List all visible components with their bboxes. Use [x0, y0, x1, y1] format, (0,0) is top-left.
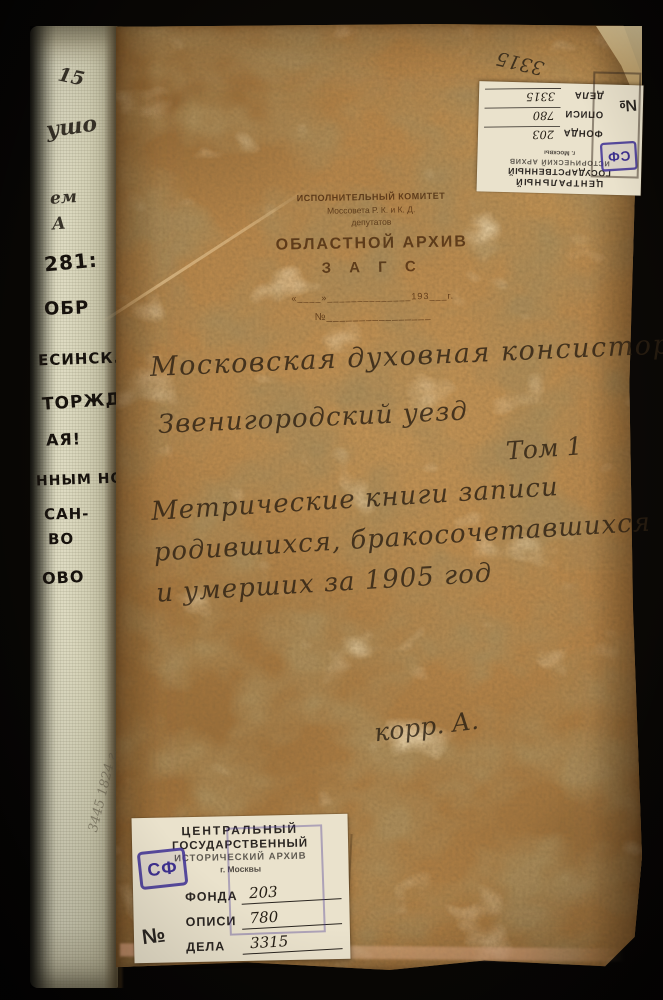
printed-archive-form: ИСПОЛНИТЕЛЬНЫЙ КОМИТЕТ Моссовета Р. К. и… [271, 190, 473, 323]
delo-label: ДЕЛА [186, 939, 238, 954]
delo-row: ДЕЛА 3315 [485, 87, 604, 105]
spine-fragment: ОВО [42, 567, 85, 588]
stamp-rows: ФОНДА 203 ОПИСИ 780 ДЕЛА 3315 [484, 87, 604, 143]
numero-sign: № [141, 923, 167, 950]
spine-fragment: 281: [43, 248, 99, 277]
volume-text: Том 1 [505, 431, 583, 465]
form-date-line: «____»______________193___г. [273, 290, 473, 303]
form-title-line2: З А Г С [272, 257, 472, 277]
delo-value: 3315 [485, 88, 561, 104]
sf-stamp-mark: СФ [137, 847, 189, 890]
book-cover-photo: 15ушоемА281:ОБРЕСИНСК.ТОРЖДАЯ!ННЫМ НОСАН… [0, 0, 663, 1000]
fond-row: ФОНДА 203 [484, 125, 603, 143]
ghost-stamp-imprint-bottom [226, 824, 326, 935]
form-header-line3: депутатов [271, 215, 471, 228]
handwritten-volume: Том 1 [505, 431, 583, 465]
spine-fragment: ЕСИНСК. [38, 349, 121, 370]
spine-fragment: ВО [48, 530, 74, 548]
spine-fragment: ННЫМ НО [36, 470, 124, 489]
spine-fragment: САН- [44, 505, 90, 524]
fond-value: 203 [484, 126, 560, 142]
opis-value: 780 [485, 107, 561, 123]
form-title-line1: ОБЛАСТНОЙ АРХИВ [272, 233, 472, 254]
spine-fragment: АЯ! [46, 429, 82, 449]
spine-fragment: ОБР [44, 297, 90, 320]
opis-row: ОПИСИ 780 [484, 106, 603, 124]
spine-fragment: А [51, 214, 66, 235]
spine-fragment: ем [49, 187, 77, 209]
form-header-line1: ИСПОЛНИТЕЛЬНЫЙ КОМИТЕТ [271, 190, 471, 203]
ghost-stamp-imprint-top [591, 71, 642, 178]
form-header-line2: Моссовета Р. К. и К. Д. [271, 203, 471, 216]
